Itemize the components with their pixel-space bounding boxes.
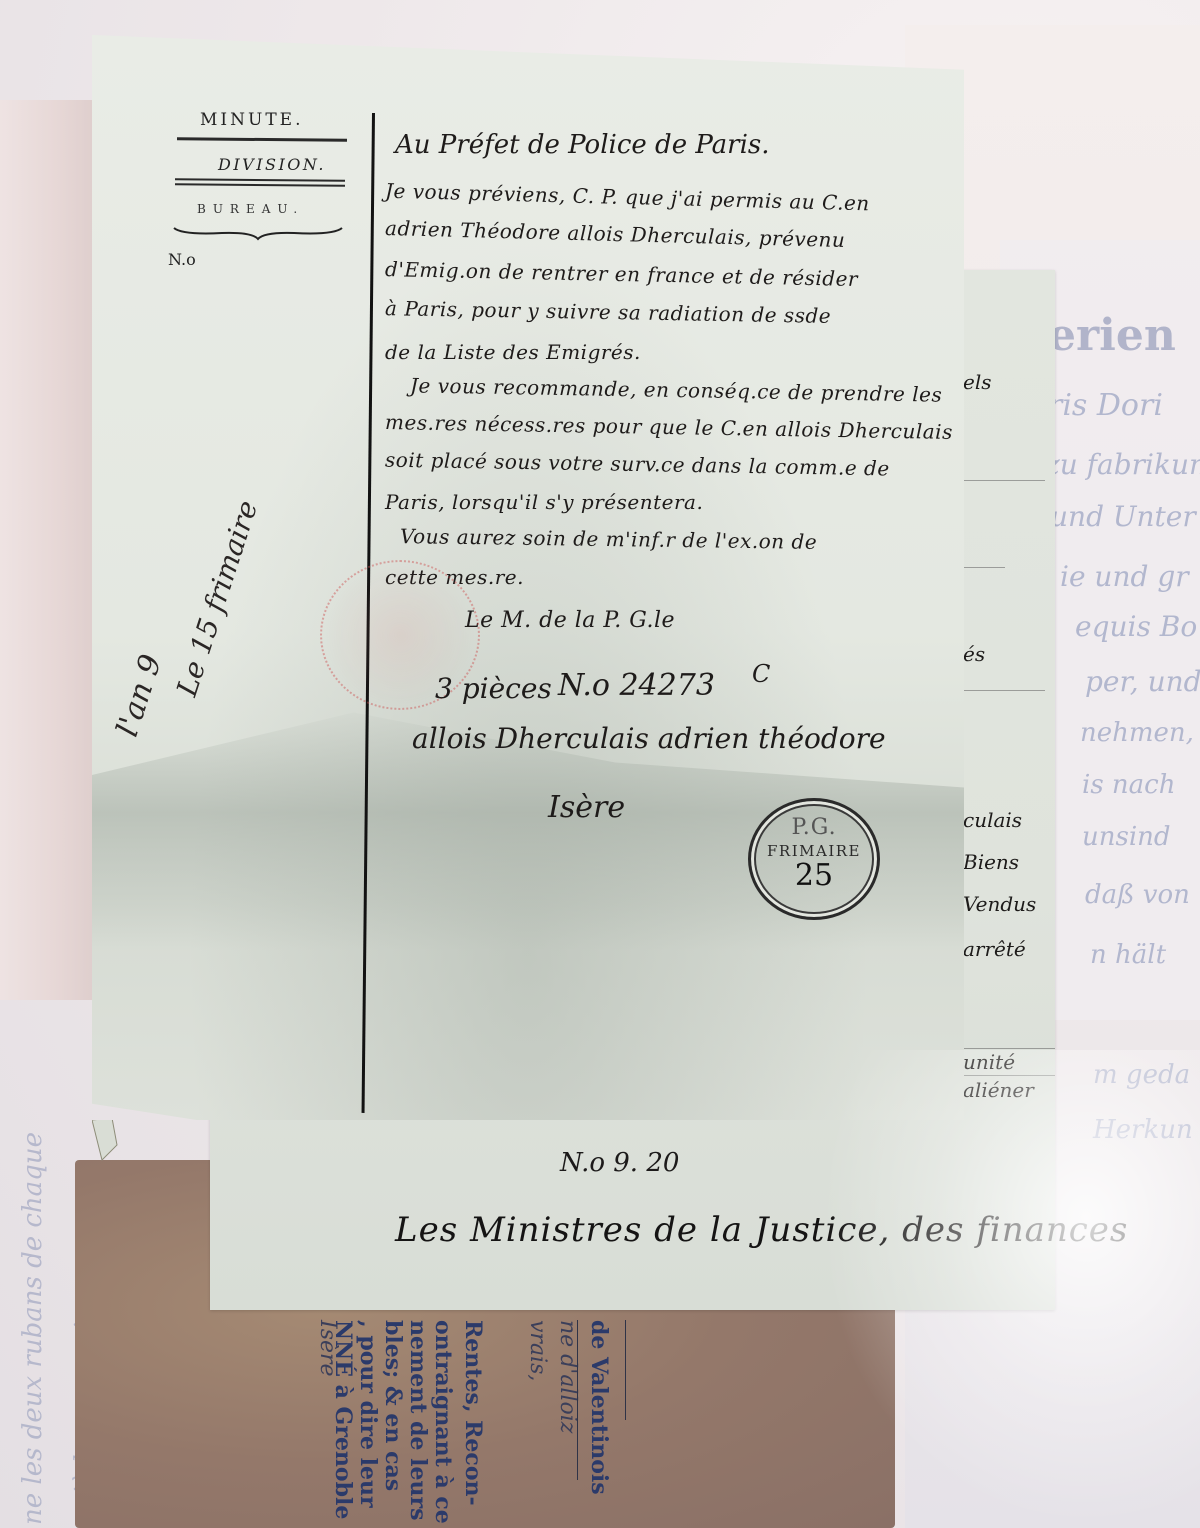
stamp-day: 25 — [751, 858, 877, 893]
list-word: arrêté — [963, 937, 1026, 961]
german-line: unsind — [1082, 822, 1171, 852]
reference-suffix: C — [752, 660, 770, 688]
printed-line: bles; & en cas — [380, 1320, 406, 1491]
ruled-line — [960, 480, 1045, 481]
divider-line — [625, 1320, 626, 1420]
german-title-fragment: erien — [1048, 310, 1176, 361]
printed-handwritten: Isère — [315, 1320, 340, 1377]
german-line: equis Bo — [1075, 610, 1197, 643]
reference-number: N.o 24273 — [558, 668, 715, 703]
printed-line: nement de leurs — [405, 1320, 431, 1520]
german-line: Herkun — [1093, 1115, 1193, 1145]
list-word: culais — [963, 808, 1022, 832]
printed-line: Rentes, Recon- — [460, 1320, 486, 1506]
german-line: daß von — [1085, 880, 1190, 910]
ruled-line — [960, 1048, 1055, 1049]
ruled-line — [960, 567, 1005, 568]
list-word: unité — [963, 1050, 1015, 1074]
divider-line — [577, 1320, 578, 1480]
german-line: zu fabrikum — [1045, 448, 1200, 481]
signature-line: Le M. de la P. G.le — [465, 608, 675, 633]
faded-script-line: ne les deux rubans de chaque — [18, 1132, 48, 1525]
brace-ornament — [172, 225, 344, 241]
letter-line: Paris, lorsqu'il s'y présentera. — [385, 490, 703, 514]
list-reference: N.o 9. 20 — [560, 1148, 679, 1178]
form-label-bureau: BUREAU. — [197, 202, 304, 216]
printed-line: , pour dire leur — [355, 1320, 381, 1508]
german-line: n hält — [1090, 940, 1166, 970]
list-word: Vendus — [963, 892, 1036, 916]
background-pink-sheet — [0, 100, 95, 1000]
list-word: aliéner — [963, 1078, 1034, 1102]
printed-line: de Valentinois — [586, 1320, 612, 1495]
german-line: per, und — [1085, 665, 1200, 698]
reference-pieces: 3 pièces — [435, 672, 552, 705]
stamp-initials: P.G. — [751, 815, 877, 840]
german-line: is nach — [1082, 770, 1175, 800]
ministers-footer: Les Ministres de la Justice, des finance… — [395, 1210, 1128, 1250]
german-line: und Unter — [1050, 500, 1196, 533]
form-title-minute: MINUTE. — [200, 110, 303, 130]
ruled-line — [960, 690, 1045, 691]
german-line: ie und gr — [1060, 560, 1189, 593]
ruled-line — [960, 1075, 1055, 1076]
list-word: és — [963, 642, 985, 666]
list-word: els — [963, 370, 992, 394]
printed-line: ontraignant à ce — [430, 1320, 456, 1524]
german-line: m geda — [1093, 1060, 1190, 1090]
form-label-division: DIVISION. — [218, 155, 326, 174]
folded-corner — [92, 1120, 137, 1165]
form-label-number: N.o — [168, 250, 196, 269]
german-line: ris Dori — [1048, 388, 1163, 423]
addressee: Au Préfet de Police de Paris. — [395, 130, 770, 160]
reference-name: allois Dherculais adrien théodore — [412, 722, 886, 755]
pg-frimaire-stamp: P.G. FRIMAIRE 25 — [748, 798, 880, 920]
german-line: nehmen, m — [1080, 718, 1200, 748]
printed-handwritten: vrais, — [525, 1320, 550, 1381]
letter-line: de la Liste des Emigrés. — [385, 340, 641, 364]
reference-department: Isère — [548, 790, 625, 825]
list-word: Biens — [963, 850, 1019, 874]
